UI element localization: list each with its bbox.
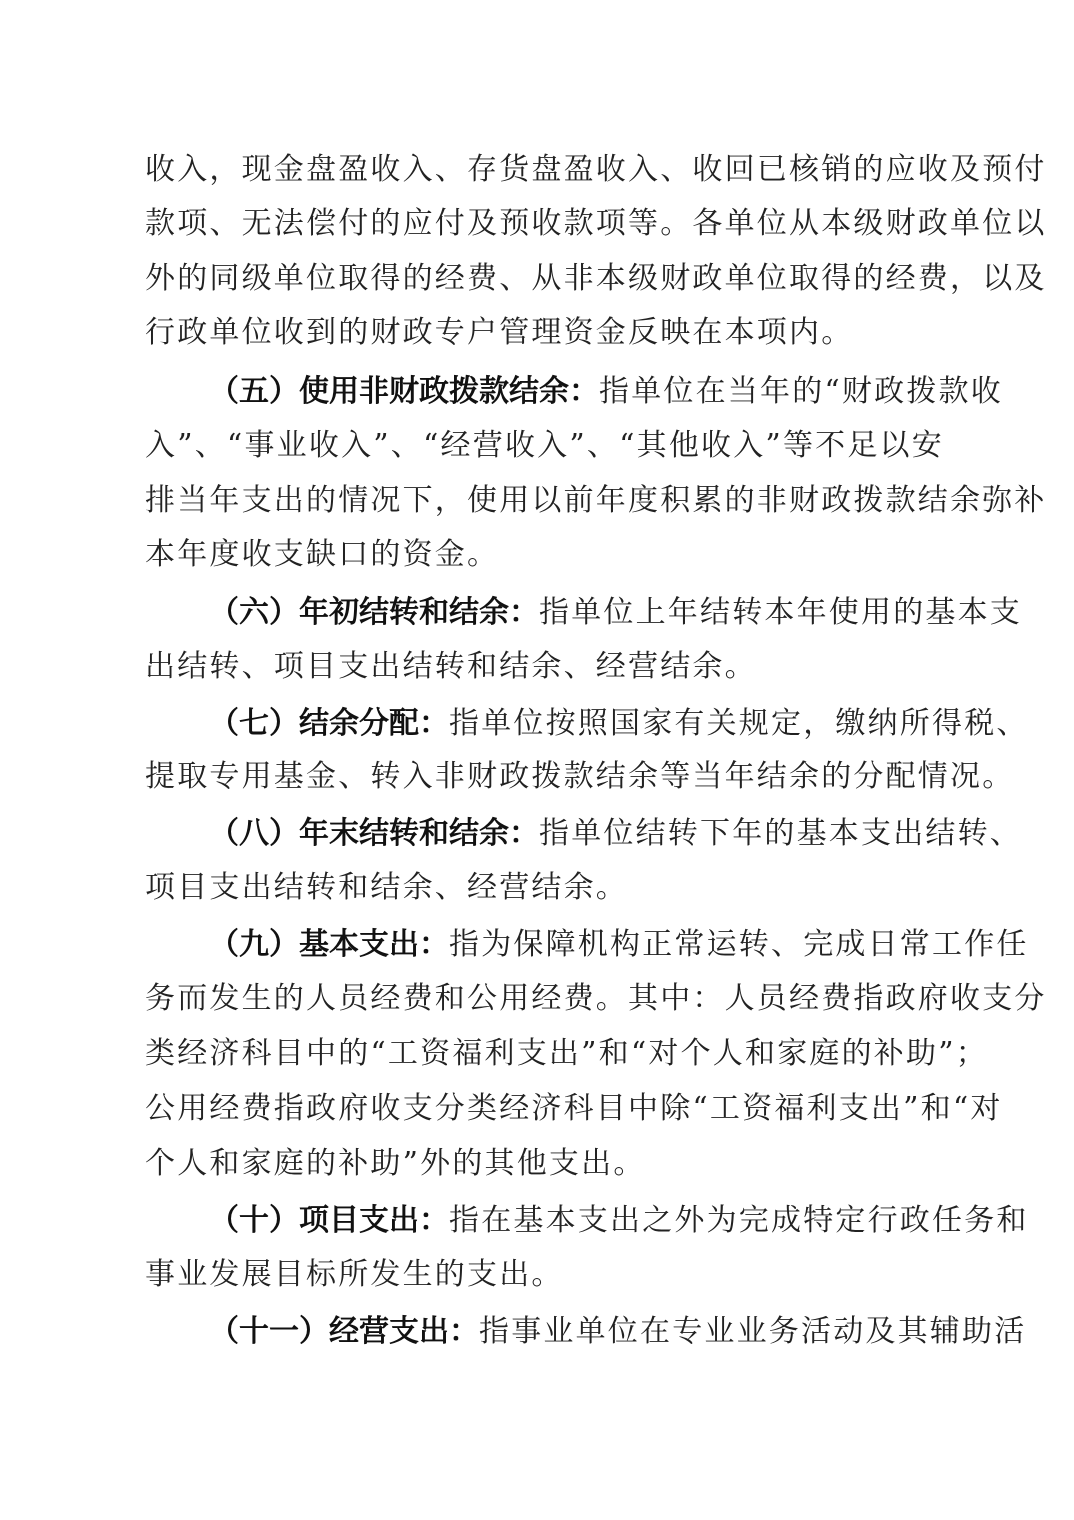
section-heading: （八）年末结转和结余： — [209, 816, 539, 851]
section-10-first-line: （十）项目支出：指在基本支出之外为完成特定行政任务和 — [209, 1201, 1029, 1241]
section-9-first-line: （九）基本支出：指为保障机构正常运转、完成日常工作任 — [209, 925, 1029, 965]
section-6-first-line: （六）年初结转和结余：指单位上年结转本年使用的基本支 — [209, 593, 1022, 633]
paragraph-line: 事业发展目标所发生的支出。 — [145, 1255, 564, 1295]
section-text: 指单位在当年的“财政拨款收 — [599, 374, 1003, 409]
paragraph-line: 排当年支出的情况下，使用以前年度积累的非财政拨款结余弥补 — [145, 481, 1047, 521]
section-heading: （九）基本支出： — [209, 927, 449, 962]
paragraph-line: 个人和家庭的补助”外的其他支出。 — [145, 1144, 646, 1184]
paragraph-line: 项目支出结转和结余、经营结余。 — [145, 868, 628, 908]
section-heading: （七）结余分配： — [209, 706, 449, 741]
paragraph-line: 出结转、项目支出结转和结余、经营结余。 — [145, 647, 757, 687]
section-7-first-line: （七）结余分配：指单位按照国家有关规定，缴纳所得税、 — [209, 704, 1029, 744]
section-text: 指单位按照国家有关规定，缴纳所得税、 — [449, 706, 1029, 741]
paragraph-line: 务而发生的人员经费和公用经费。其中：人员经费指政府收支分 — [145, 979, 1047, 1019]
paragraph-line: 本年度收支缺口的资金。 — [145, 535, 499, 575]
section-heading: （五）使用非财政拨款结余： — [209, 374, 599, 409]
paragraph-line: 类经济科目中的“工资福利支出”和“对个人和家庭的补助”； — [145, 1034, 988, 1074]
section-text: 指单位上年结转本年使用的基本支 — [539, 595, 1022, 630]
section-11-first-line: （十一）经营支出：指事业单位在专业业务活动及其辅助活 — [209, 1312, 1026, 1352]
section-8-first-line: （八）年末结转和结余：指单位结转下年的基本支出结转、 — [209, 814, 1022, 854]
paragraph-line: 公用经费指政府收支分类经济科目中除“工资福利支出”和“对 — [145, 1089, 1003, 1129]
paragraph-line: 行政单位收到的财政专户管理资金反映在本项内。 — [145, 313, 853, 353]
paragraph-line: 提取专用基金、转入非财政拨款结余等当年结余的分配情况。 — [145, 757, 1014, 797]
section-heading: （十）项目支出： — [209, 1203, 449, 1238]
section-text: 指在基本支出之外为完成特定行政任务和 — [449, 1203, 1029, 1238]
paragraph-line: 外的同级单位取得的经费、从非本级财政单位取得的经费，以及 — [145, 259, 1047, 299]
section-5-first-line: （五）使用非财政拨款结余：指单位在当年的“财政拨款收 — [209, 372, 1003, 412]
paragraph-line: 入”、“事业收入”、“经营收入”、“其他收入”等不足以安 — [145, 426, 944, 466]
section-heading: （十一）经营支出： — [209, 1314, 479, 1349]
paragraph-line: 收入，现金盘盈收入、存货盘盈收入、收回已核销的应收及预付 — [145, 150, 1047, 190]
section-heading: （六）年初结转和结余： — [209, 595, 539, 630]
section-text: 指事业单位在专业业务活动及其辅助活 — [479, 1314, 1026, 1349]
section-text: 指单位结转下年的基本支出结转、 — [539, 816, 1022, 851]
paragraph-line: 款项、无法偿付的应付及预收款项等。各单位从本级财政单位以 — [145, 204, 1047, 244]
section-text: 指为保障机构正常运转、完成日常工作任 — [449, 927, 1029, 962]
